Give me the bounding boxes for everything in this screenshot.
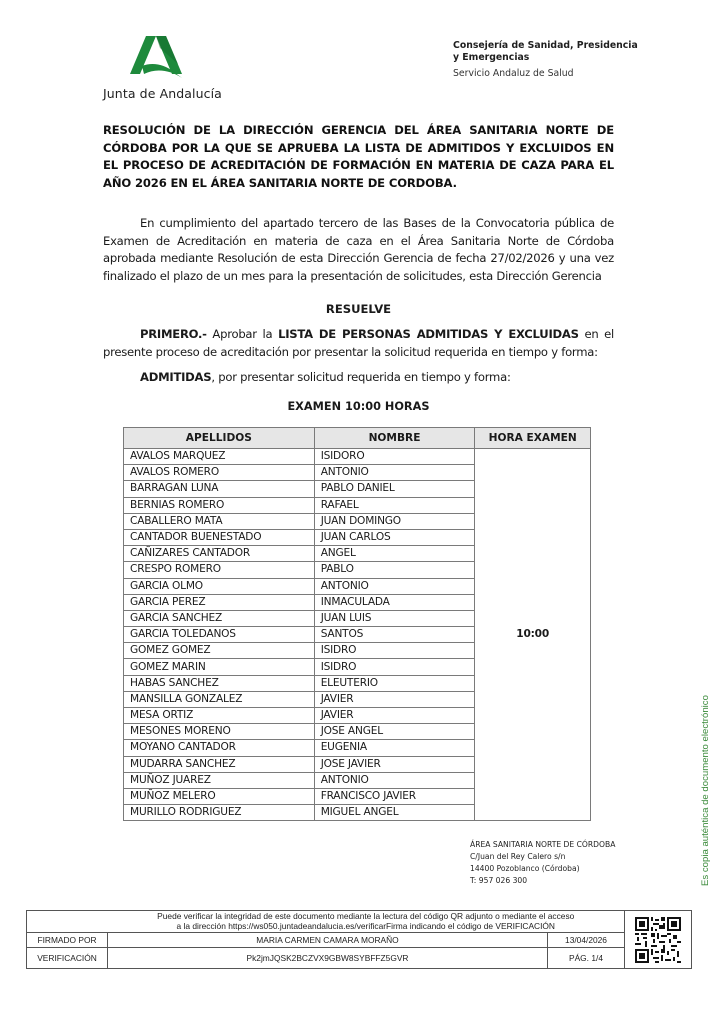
cell-nombre: ELEUTERIO bbox=[314, 675, 475, 691]
primero-label: PRIMERO.- bbox=[140, 327, 207, 341]
cell-apellidos: GARCIA OLMO bbox=[124, 578, 315, 594]
junta-andalucia-logo-icon bbox=[130, 34, 186, 84]
cell-apellidos: AVALOS ROMERO bbox=[124, 465, 315, 481]
header-apellidos: APELLIDOS bbox=[124, 428, 315, 449]
intro-text: En cumplimiento del apartado tercero de … bbox=[103, 216, 614, 283]
cell-apellidos: GARCIA TOLEDANOS bbox=[124, 627, 315, 643]
cell-apellidos: CANTADOR BUENESTADO bbox=[124, 529, 315, 545]
cell-apellidos: MOYANO CANTADOR bbox=[124, 740, 315, 756]
firmado-label: FIRMADO POR bbox=[27, 933, 108, 948]
page-number: PÁG. 1/4 bbox=[548, 948, 625, 969]
cell-apellidos: MUÑOZ JUAREZ bbox=[124, 772, 315, 788]
cell-nombre: ANTONIO bbox=[314, 578, 475, 594]
cell-nombre: INMACULADA bbox=[314, 594, 475, 610]
cell-nombre: PABLO DANIEL bbox=[314, 481, 475, 497]
fecha-firma: 13/04/2026 bbox=[548, 933, 625, 948]
admitidas-paragraph: ADMITIDAS, por presentar solicitud reque… bbox=[103, 369, 614, 387]
cell-nombre: JUAN DOMINGO bbox=[314, 513, 475, 529]
cell-apellidos: GOMEZ GOMEZ bbox=[124, 643, 315, 659]
cell-nombre: FRANCISCO JAVIER bbox=[314, 788, 475, 804]
cell-nombre: JAVIER bbox=[314, 708, 475, 724]
table-row: AVALOS MARQUEZISIDORO10:00 bbox=[124, 449, 591, 465]
address-phone: T: 957 026 300 bbox=[470, 875, 615, 887]
verificacion-label: VERIFICACIÓN bbox=[27, 948, 108, 969]
qr-cell bbox=[625, 911, 692, 969]
cell-nombre: ANTONIO bbox=[314, 465, 475, 481]
cell-apellidos: MESA ORTIZ bbox=[124, 708, 315, 724]
cell-apellidos: GARCIA PEREZ bbox=[124, 594, 315, 610]
cell-nombre: JOSE JAVIER bbox=[314, 756, 475, 772]
cell-apellidos: MURILLO RODRIGUEZ bbox=[124, 805, 315, 821]
cell-nombre: JUAN CARLOS bbox=[314, 529, 475, 545]
admitidas-label: ADMITIDAS bbox=[140, 370, 211, 384]
intro-paragraph: En cumplimiento del apartado tercero de … bbox=[103, 215, 614, 285]
admitidas-text: , por presentar solicitud requerida en t… bbox=[211, 370, 510, 384]
resuelve-heading: RESUELVE bbox=[103, 302, 614, 316]
cell-hora-examen: 10:00 bbox=[475, 449, 591, 821]
logo-text: Junta de Andalucía bbox=[103, 86, 222, 101]
footer-blank-cell bbox=[27, 911, 108, 933]
cell-nombre: SANTOS bbox=[314, 627, 475, 643]
junta-andalucia-logo: Junta de Andalucía bbox=[100, 34, 215, 102]
cell-nombre: ISIDORO bbox=[314, 449, 475, 465]
cell-nombre: MIGUEL ANGEL bbox=[314, 805, 475, 821]
verify-line-2: a la dirección https://ws050.juntadeanda… bbox=[108, 922, 625, 932]
cell-nombre: ISIDRO bbox=[314, 643, 475, 659]
servicio-name: Servicio Andaluz de Salud bbox=[453, 68, 574, 79]
cell-nombre: ANGEL bbox=[314, 546, 475, 562]
cell-apellidos: GARCIA SANCHEZ bbox=[124, 610, 315, 626]
cell-apellidos: CRESPO ROMERO bbox=[124, 562, 315, 578]
cell-nombre: JOSE ANGEL bbox=[314, 724, 475, 740]
document-title: RESOLUCIÓN DE LA DIRECCIÓN GERENCIA DEL … bbox=[103, 122, 614, 192]
cell-apellidos: BARRAGAN LUNA bbox=[124, 481, 315, 497]
cell-nombre: ISIDRO bbox=[314, 659, 475, 675]
admitidos-table: APELLIDOS NOMBRE HORA EXAMEN AVALOS MARQ… bbox=[123, 427, 591, 821]
consejeria-name: Consejería de Sanidad, Presidencia y Eme… bbox=[453, 40, 643, 63]
primero-text-a: Aprobar la bbox=[207, 327, 278, 341]
cell-apellidos: MUÑOZ MELERO bbox=[124, 788, 315, 804]
verify-note: Puede verificar la integridad de este do… bbox=[108, 911, 625, 933]
table-header-row: APELLIDOS NOMBRE HORA EXAMEN bbox=[124, 428, 591, 449]
cell-apellidos: CAÑIZARES CANTADOR bbox=[124, 546, 315, 562]
cell-nombre: EUGENIA bbox=[314, 740, 475, 756]
cell-nombre: JUAN LUIS bbox=[314, 610, 475, 626]
address-line-1: ÁREA SANITARIA NORTE DE CÓRDOBA bbox=[470, 839, 615, 851]
address-block: ÁREA SANITARIA NORTE DE CÓRDOBA C/Juan d… bbox=[470, 839, 615, 887]
cell-apellidos: BERNIAS ROMERO bbox=[124, 497, 315, 513]
primero-bold: LISTA DE PERSONAS ADMITIDAS Y EXCLUIDAS bbox=[278, 327, 579, 341]
cell-nombre: ANTONIO bbox=[314, 772, 475, 788]
examen-heading: EXAMEN 10:00 HORAS bbox=[103, 400, 614, 413]
qr-code-icon[interactable] bbox=[635, 917, 681, 963]
authentic-copy-note: Es copia auténtica de documento electrón… bbox=[700, 695, 711, 886]
header-hora-examen: HORA EXAMEN bbox=[475, 428, 591, 449]
address-line-3: 14400 Pozoblanco (Córdoba) bbox=[470, 863, 615, 875]
header-nombre: NOMBRE bbox=[314, 428, 475, 449]
cell-apellidos: MESONES MORENO bbox=[124, 724, 315, 740]
cell-apellidos: CABALLERO MATA bbox=[124, 513, 315, 529]
cell-apellidos: HABAS SANCHEZ bbox=[124, 675, 315, 691]
firmado-value: MARIA CARMEN CAMARA MORAÑO bbox=[108, 933, 548, 948]
signature-footer: Puede verificar la integridad de este do… bbox=[26, 910, 692, 969]
cell-nombre: RAFAEL bbox=[314, 497, 475, 513]
verificacion-code: Pk2jmJQSK2BCZVX9GBW8SYBFFZ5GVR bbox=[108, 948, 548, 969]
primero-paragraph: PRIMERO.- Aprobar la LISTA DE PERSONAS A… bbox=[103, 326, 614, 361]
cell-nombre: PABLO bbox=[314, 562, 475, 578]
cell-apellidos: GOMEZ MARIN bbox=[124, 659, 315, 675]
address-line-2: C/Juan del Rey Calero s/n bbox=[470, 851, 615, 863]
cell-nombre: JAVIER bbox=[314, 691, 475, 707]
cell-apellidos: MANSILLA GONZALEZ bbox=[124, 691, 315, 707]
cell-apellidos: MUDARRA SANCHEZ bbox=[124, 756, 315, 772]
cell-apellidos: AVALOS MARQUEZ bbox=[124, 449, 315, 465]
